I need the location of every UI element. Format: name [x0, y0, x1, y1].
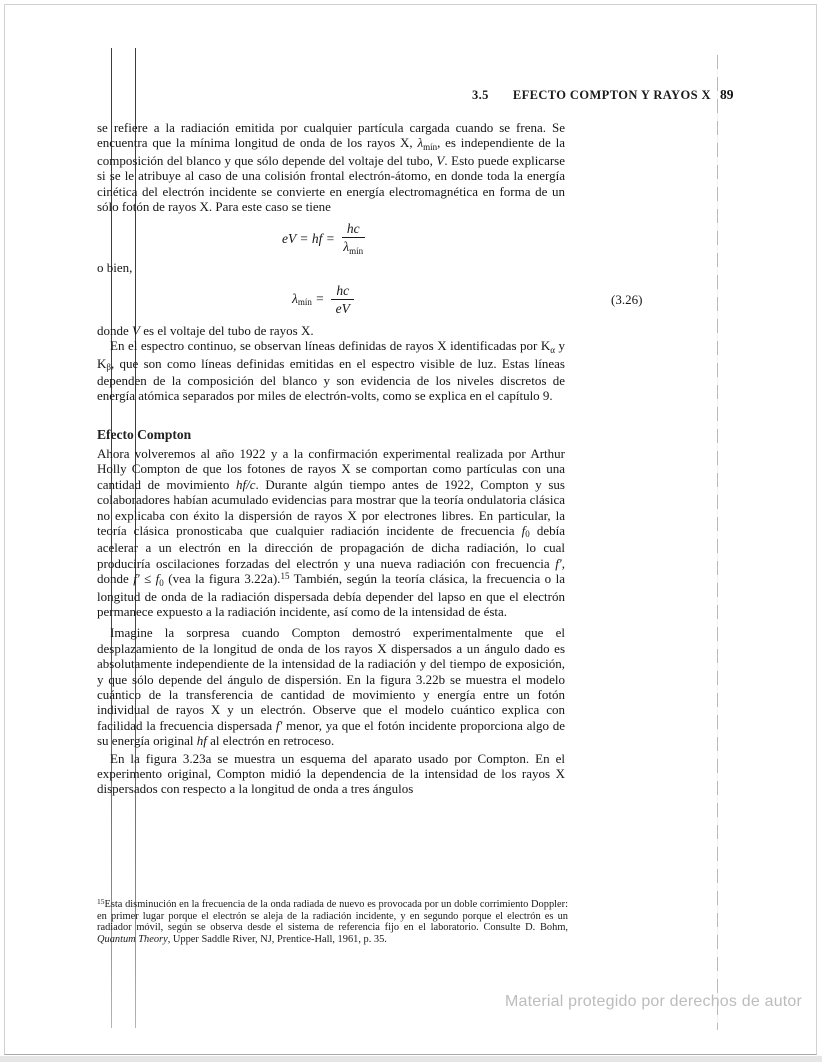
running-head-title: EFECTO COMPTON Y RAYOS X	[513, 88, 711, 103]
page-number: 89	[720, 87, 734, 103]
footnote-15: 15Esta disminución en la frecuencia de l…	[97, 899, 568, 946]
subheading-efecto-compton: Efecto Compton	[97, 426, 565, 443]
section-number: 3.5	[472, 88, 489, 103]
connector-o-bien: o bien,	[97, 260, 565, 275]
paragraph-bremsstrahlung: se refiere a la radiación emitida por cu…	[97, 120, 565, 214]
paragraph-ahora: Ahora volveremos al año 1922 y a la conf…	[97, 446, 565, 619]
paragraph-imagine: Imagine la sorpresa cuando Compton demos…	[97, 625, 565, 748]
fraction-numerator: hc	[342, 221, 365, 238]
equation-lhs: eV = hf =	[282, 231, 335, 246]
fraction-denominator: eV	[336, 300, 350, 316]
equation-number: (3.26)	[611, 292, 642, 307]
running-head: 3.5 EFECTO COMPTON Y RAYOS X	[472, 88, 711, 103]
equation-ev-hf: eV = hf = hc λmín	[282, 221, 565, 256]
paragraph-espectro: En el espectro continuo, se observan lín…	[97, 338, 565, 404]
fraction: hc eV	[331, 283, 354, 316]
equation-lhs: λmín =	[292, 291, 324, 308]
equation-lambda-min: λmín = hc eV (3.26)	[292, 283, 565, 316]
scan-artifact-line-right	[717, 55, 718, 1030]
copyright-watermark: Material protegido por derechos de autor	[505, 993, 802, 1011]
fraction: hc λmín	[342, 221, 365, 256]
paragraph-donde: donde V es el voltaje del tubo de rayos …	[97, 323, 565, 338]
fraction-denominator: λmín	[343, 238, 363, 256]
paragraph-figura: En la figura 3.23a se muestra un esquema…	[97, 751, 565, 797]
fraction-numerator: hc	[331, 283, 354, 300]
scanned-book-page: 3.5 EFECTO COMPTON Y RAYOS X 89 se refie…	[0, 0, 822, 1062]
text-column: se refiere a la radiación emitida por cu…	[97, 120, 565, 797]
scan-bottom-strip	[0, 1056, 822, 1062]
